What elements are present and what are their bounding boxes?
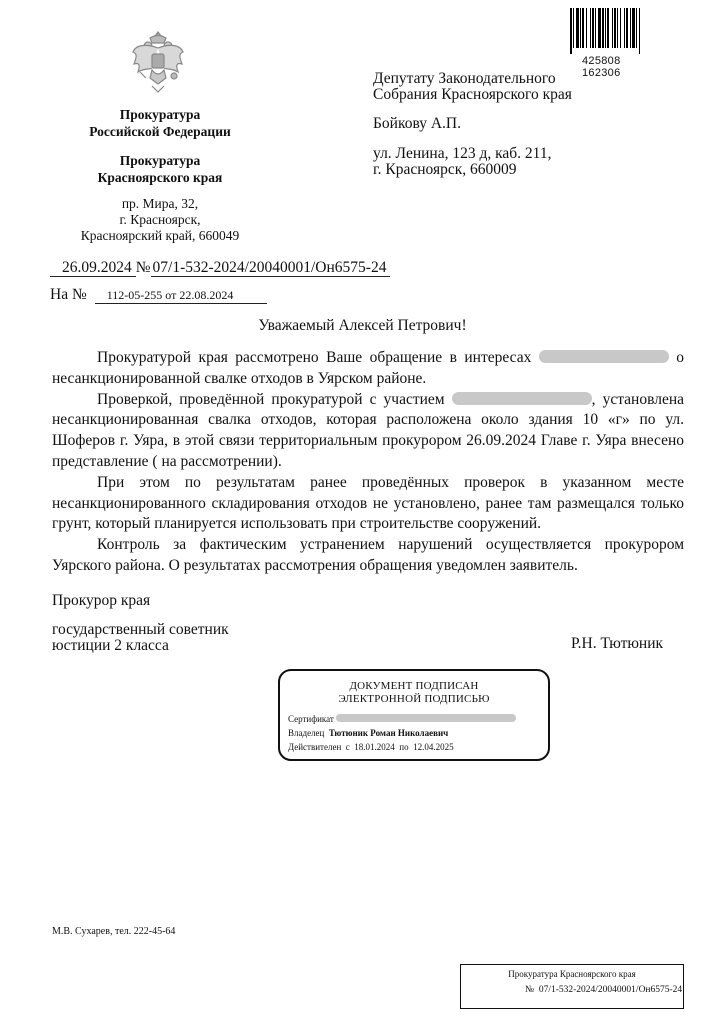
reply-reference-line: На №112-05-255 от 22.08.2024	[50, 286, 267, 304]
signer-name: Р.Н. Тютюник	[571, 635, 663, 653]
barcode-number-1: 425808	[582, 55, 621, 67]
barcode-bars	[570, 8, 682, 54]
signer-rank-line2: юстиции 2 класса	[52, 638, 229, 654]
footer-registration-box: Прокуратура Красноярского края № 07/1-53…	[460, 964, 684, 1009]
sender-org-line1: Прокуратура	[60, 106, 260, 123]
redacted-certificate	[336, 714, 516, 722]
stamp-owner-name: Тютюник Роман Николаевич	[329, 728, 448, 738]
stamp-title-line1: ДОКУМЕНТ ПОДПИСАН	[280, 680, 548, 693]
stamp-owner-row: Владелец Тютюник Роман Николаевич	[288, 726, 548, 740]
sender-address-line3: Красноярский край, 660049	[60, 228, 260, 244]
paragraph-4: Контроль за фактическим устранением нару…	[52, 535, 684, 577]
footer-org: Прокуратура Красноярского края	[461, 969, 683, 979]
redacted-text	[539, 350, 669, 363]
electronic-signature-stamp: ДОКУМЕНТ ПОДПИСАН ЭЛЕКТРОННОЙ ПОДПИСЬЮ С…	[278, 669, 550, 761]
registration-number: 07/1-532-2024/20040001/Он6575-24	[151, 259, 391, 277]
registration-line: 26.09.2024№07/1-532-2024/20040001/Он6575…	[50, 259, 390, 277]
paragraph-3: При этом по результатам ранее проведённы…	[52, 473, 684, 535]
stamp-title-line2: ЭЛЕКТРОННОЙ ПОДПИСЬЮ	[280, 693, 548, 706]
stamp-certificate-row: Сертификат	[288, 712, 548, 726]
signer-title: Прокурор края	[52, 592, 150, 610]
sender-address-line2: г. Красноярск,	[60, 212, 260, 228]
letter-body: Прокуратурой края рассмотрено Ваше обращ…	[52, 348, 684, 577]
paragraph-2: Проверкой, проведённой прокуратурой с уч…	[52, 390, 684, 473]
redacted-text	[452, 392, 592, 405]
stamp-validity-row: Действителен с 18.01.2024 по 12.04.2025	[288, 740, 548, 754]
recipient-address-line1: ул. Ленина, 123 д, каб. 211,	[373, 146, 693, 162]
signer-rank-line1: государственный советник	[52, 622, 229, 638]
sender-address-line1: пр. Мира, 32,	[60, 196, 260, 212]
sender-suborg-line1: Прокуратура	[60, 152, 260, 169]
barcode: 425808 162306	[570, 8, 682, 58]
recipient-position-line1: Депутату Законодательного	[373, 71, 693, 87]
executor-contact: М.В. Сухарев, тел. 222-45-64	[52, 926, 175, 937]
sender-block: Прокуратура Российской Федерации Прокура…	[60, 106, 260, 244]
coat-of-arms-icon	[130, 28, 186, 96]
recipient-name: Бойкову А.П.	[373, 116, 693, 132]
reply-value: 112-05-255 от 22.08.2024	[95, 287, 267, 304]
footer-number: № 07/1-532-2024/20040001/Он6575-24	[525, 985, 682, 995]
sender-suborg-line2: Красноярского края	[60, 169, 260, 186]
registration-number-prefix: №	[136, 259, 151, 276]
sender-org-line2: Российской Федерации	[60, 123, 260, 140]
recipient-block: Депутату Законодательного Собрания Красн…	[373, 71, 693, 178]
paragraph-1: Прокуратурой края рассмотрено Ваше обращ…	[52, 348, 684, 390]
recipient-position-line2: Собрания Красноярского края	[373, 87, 693, 103]
salutation: Уважаемый Алексей Петрович!	[0, 317, 725, 335]
registration-date: 26.09.2024	[50, 259, 136, 277]
signer-rank: государственный советник юстиции 2 класс…	[52, 622, 229, 654]
reply-label: На №	[50, 286, 87, 303]
recipient-address-line2: г. Красноярск, 660009	[373, 162, 693, 178]
